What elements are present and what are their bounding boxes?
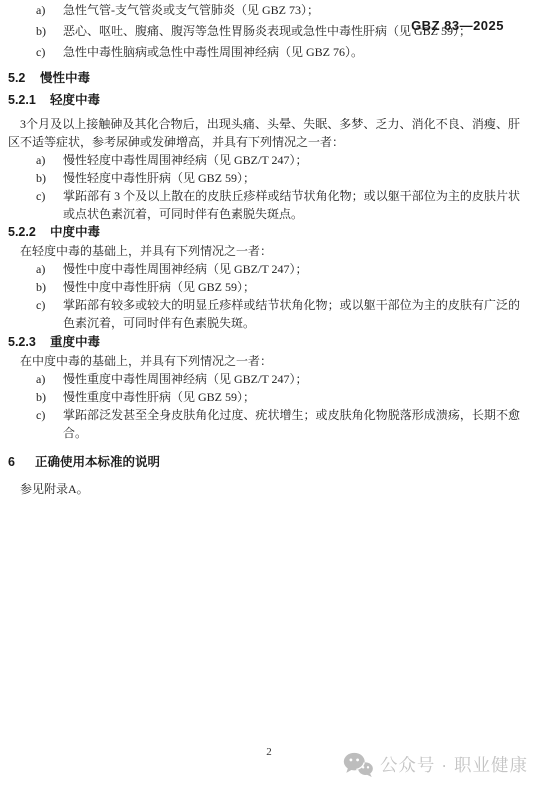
clause-title: 慢性中毒 <box>40 71 90 85</box>
list-item-text: 急性中毒性脑病或急性中毒性周围神经病（见 GBZ 76）。 <box>63 45 363 59</box>
list-item-text: 掌跖部有较多或较大的明显丘疹样或结节状角化物；或以躯干部位为主的皮肤有广泛的色素… <box>63 298 520 330</box>
list-item-text: 慢性轻度中毒性周围神经病（见 GBZ/T 247）； <box>63 153 307 167</box>
list-item: a) 慢性重度中毒性周围神经病（见 GBZ/T 247）； <box>8 370 520 388</box>
list-marker: b) <box>36 169 46 187</box>
list-marker: b) <box>36 388 46 406</box>
list-marker: c) <box>36 42 45 63</box>
document-page: GBZ 83—2025 a) 急性气管-支气管炎或支气管肺炎（见 GBZ 73）… <box>0 0 538 791</box>
list-item: a) 慢性中度中毒性周围神经病（见 GBZ/T 247）； <box>8 260 520 278</box>
list-item-text: 慢性重度中毒性肝病（见 GBZ 59）； <box>63 390 255 404</box>
section-heading-5-2-2: 5.2.2中度中毒 <box>8 224 520 240</box>
list-marker: a) <box>36 370 45 388</box>
list-item-text: 恶心、呕吐、腹痛、腹泻等急性胃肠炎表现或急性中毒性肝病（见 GBZ 59）； <box>63 24 471 38</box>
wechat-icon <box>343 752 373 777</box>
list-marker: c) <box>36 187 45 205</box>
clause-number: 5.2.3 <box>8 334 50 350</box>
list-item: a) 急性气管-支气管炎或支气管肺炎（见 GBZ 73）； <box>8 0 520 21</box>
section-heading-6: 6正确使用本标准的说明 <box>8 454 520 470</box>
section-heading-5-2: 5.2慢性中毒 <box>8 70 520 86</box>
section-heading-5-2-3: 5.2.3重度中毒 <box>8 334 520 350</box>
list-item: a) 慢性轻度中毒性周围神经病（见 GBZ/T 247）； <box>8 151 520 169</box>
list-marker: c) <box>36 296 45 314</box>
watermark-text: 公众号 · 职业健康 <box>380 752 528 777</box>
watermark: 公众号 · 职业健康 <box>343 752 528 777</box>
list-item-text: 急性气管-支气管炎或支气管肺炎（见 GBZ 73）； <box>63 3 319 17</box>
acute-poisoning-list: a) 急性气管-支气管炎或支气管肺炎（见 GBZ 73）； b) 恶心、呕吐、腹… <box>8 0 520 63</box>
paragraph-6: 参见附录A。 <box>8 480 520 498</box>
list-item-text: 慢性中度中毒性周围神经病（见 GBZ/T 247）； <box>63 262 307 276</box>
paragraph-5-2-1: 3个月及以上接触砷及其化合物后，出现头痛、头晕、失眠、多梦、乏力、消化不良、消瘦… <box>8 115 520 151</box>
section-heading-5-2-1: 5.2.1轻度中毒 <box>8 92 520 108</box>
list-item: b) 慢性轻度中毒性肝病（见 GBZ 59）； <box>8 169 520 187</box>
clause-title: 轻度中毒 <box>50 93 100 107</box>
mild-poisoning-list: a) 慢性轻度中毒性周围神经病（见 GBZ/T 247）； b) 慢性轻度中毒性… <box>8 151 520 223</box>
list-item-text: 慢性重度中毒性周围神经病（见 GBZ/T 247）； <box>63 372 307 386</box>
list-item: c) 掌跖部有 3 个及以上散在的皮肤丘疹样或结节状角化物；或以躯干部位为主的皮… <box>8 187 520 223</box>
paragraph-5-2-2: 在轻度中毒的基础上，并具有下列情况之一者： <box>8 242 520 260</box>
clause-number: 6 <box>8 454 35 470</box>
list-item-text: 慢性中度中毒性肝病（见 GBZ 59）； <box>63 280 255 294</box>
list-item: b) 恶心、呕吐、腹痛、腹泻等急性胃肠炎表现或急性中毒性肝病（见 GBZ 59）… <box>8 21 520 42</box>
paragraph-5-2-3: 在中度中毒的基础上，并具有下列情况之一者： <box>8 352 520 370</box>
list-item: c) 掌跖部泛发甚至全身皮肤角化过度、疣状增生；或皮肤角化物脱落形成溃疡，长期不… <box>8 406 520 442</box>
clause-number: 5.2.1 <box>8 92 50 108</box>
clause-title: 中度中毒 <box>50 225 100 239</box>
document-body: a) 急性气管-支气管炎或支气管肺炎（见 GBZ 73）； b) 恶心、呕吐、腹… <box>8 0 520 498</box>
moderate-poisoning-list: a) 慢性中度中毒性周围神经病（见 GBZ/T 247）； b) 慢性中度中毒性… <box>8 260 520 332</box>
clause-title: 重度中毒 <box>50 335 100 349</box>
list-item-text: 掌跖部有 3 个及以上散在的皮肤丘疹样或结节状角化物；或以躯干部位为主的皮肤片状… <box>63 189 520 221</box>
list-marker: a) <box>36 0 45 21</box>
list-marker: a) <box>36 151 45 169</box>
list-item-text: 慢性轻度中毒性肝病（见 GBZ 59）； <box>63 171 255 185</box>
list-item: c) 掌跖部有较多或较大的明显丘疹样或结节状角化物；或以躯干部位为主的皮肤有广泛… <box>8 296 520 332</box>
severe-poisoning-list: a) 慢性重度中毒性周围神经病（见 GBZ/T 247）； b) 慢性重度中毒性… <box>8 370 520 442</box>
list-marker: c) <box>36 406 45 424</box>
clause-number: 5.2 <box>8 70 40 86</box>
list-item-text: 掌跖部泛发甚至全身皮肤角化过度、疣状增生；或皮肤角化物脱落形成溃疡，长期不愈合。 <box>63 408 520 440</box>
clause-title: 正确使用本标准的说明 <box>35 455 160 469</box>
list-marker: b) <box>36 278 46 296</box>
list-item: b) 慢性重度中毒性肝病（见 GBZ 59）； <box>8 388 520 406</box>
list-item: b) 慢性中度中毒性肝病（见 GBZ 59）； <box>8 278 520 296</box>
list-marker: b) <box>36 21 46 42</box>
list-marker: a) <box>36 260 45 278</box>
list-item: c) 急性中毒性脑病或急性中毒性周围神经病（见 GBZ 76）。 <box>8 42 520 63</box>
clause-number: 5.2.2 <box>8 224 50 240</box>
